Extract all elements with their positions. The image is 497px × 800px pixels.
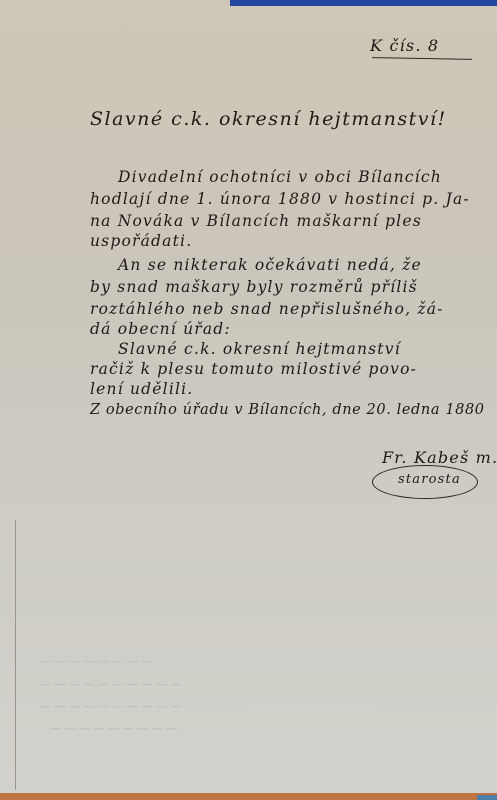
body-line: Slavné c.k. okresní hejtmanství xyxy=(118,340,401,358)
body-line: uspořádati. xyxy=(90,232,192,250)
signature: Fr. Kabeš m.p. xyxy=(382,448,497,467)
body-line: Divadelní ochotníci v obci Bílancích xyxy=(118,168,442,186)
body-line: An se nikterak očekávati nedá, že xyxy=(118,256,422,274)
salutation: Slavné c.k. okresní hejtmanství! xyxy=(90,108,447,130)
body-line: hodlají dne 1. února 1880 v hostinci p. … xyxy=(90,190,470,208)
page-fold-line xyxy=(15,520,16,790)
body-line: by snad maškary byly rozměrů příliš xyxy=(90,278,418,296)
bleed-through-text: — — — — — — — — — — xyxy=(40,700,181,713)
document-page: K čís. 8 Slavné c.k. okresní hejtmanství… xyxy=(0,0,497,793)
background-blue-corner xyxy=(477,795,497,800)
body-line: na Nováka v Bílancích maškarní ples xyxy=(90,212,422,230)
background-blue-strip xyxy=(230,0,497,6)
closing-line: Z obecního úřadu v Bílancích, dne 20. le… xyxy=(90,402,485,418)
body-line: dá obecní úřad: xyxy=(90,320,231,338)
bleed-through-text: — — — — — — — — — — xyxy=(40,678,181,691)
background-wood-edge xyxy=(0,793,497,800)
reference-underline xyxy=(372,57,472,60)
body-line: roztáhlého neb snad nepřislušného, žá- xyxy=(90,300,444,318)
reference-number: K čís. 8 xyxy=(370,36,439,55)
body-line: lení udělili. xyxy=(90,380,193,398)
signature-title: starosta xyxy=(398,472,461,487)
body-line: račiž k plesu tomuto milostivé povo- xyxy=(90,360,417,378)
bleed-through-text: — — — — — — — — — xyxy=(50,722,177,735)
bleed-through-text: — — — — — — — — xyxy=(40,655,152,668)
